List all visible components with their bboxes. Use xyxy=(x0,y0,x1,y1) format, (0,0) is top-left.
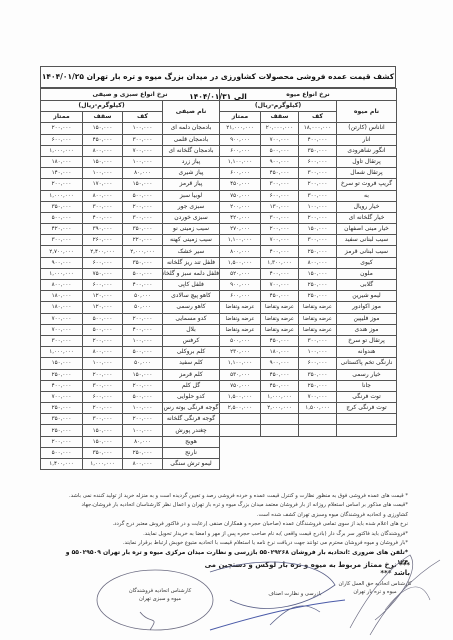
item-name: کاهو رسمی xyxy=(163,302,220,313)
table-row: ملون۱۵۰,۰۰۰۴۰۰,۰۰۰۵۲۰,۰۰۰ xyxy=(220,268,397,279)
price-max: ۳۰۰,۰۰۰ xyxy=(261,179,299,190)
signature-subtitle: میوه و سبزی تهران xyxy=(115,595,205,603)
item-name: پرتقال تو سرخ xyxy=(337,335,397,346)
table-row: سیب زمینی کهنه۲۲۰,۰۰۰۲۶۰,۰۰۰۳۰۰,۰۰۰ xyxy=(41,235,220,246)
table-row: گلابی۲۵۰,۰۰۰۷۰۰,۰۰۰۹۰۰,۰۰۰ xyxy=(220,280,397,291)
price-premium: ۲,۵۰۰,۰۰۰ xyxy=(220,403,261,414)
price-premium: ۴۵۰,۰۰۰ xyxy=(220,179,261,190)
signature-block-left: کارشناس اتحادیه فروشندگان میوه و سبزی ته… xyxy=(115,587,205,603)
price-min xyxy=(299,425,337,436)
price-list-document: کشف قیمت عمده فروشی محصولات کشاورزی در م… xyxy=(0,0,453,640)
price-max: ۶۰۰,۰۰۰ xyxy=(83,257,123,268)
price-max: ۴۵۰,۰۰۰ xyxy=(83,134,123,145)
item-name: سیب زمینی نو xyxy=(163,224,220,235)
price-min: ۳۵۰,۰۰۰ xyxy=(123,257,163,268)
note-item: * قیمت های عمده فروشی فوق به منظور نظارت… xyxy=(60,492,408,501)
price-min: ۱۰۰,۰۰۰ xyxy=(123,403,163,414)
item-name: چغندر پورش xyxy=(163,425,220,436)
table-row: موز فلیپینعرضه وتقاضاعرضه وتقاضاعرضه وتق… xyxy=(220,313,397,324)
price-max: ۴۰۰,۰۰۰ xyxy=(261,246,299,257)
price-premium: ۷۰۰,۰۰۰ xyxy=(41,391,83,402)
price-max: ۲۰۰,۰۰۰ xyxy=(83,403,123,414)
table-row: سیب لبنانی سفید۳۰۰,۰۰۰۷۰۰,۰۰۰۱,۱۰۰,۰۰۰ xyxy=(220,235,397,246)
price-max: ۱۰۰,۰۰۰ xyxy=(83,168,123,179)
price-max: ۴۵۰,۰۰۰ xyxy=(261,291,299,302)
price-max: ۲,۰۰۰,۰۰۰ xyxy=(261,403,299,414)
price-min: ۳۵۰,۰۰۰ xyxy=(123,224,163,235)
signature-title: کارشناس اتحادیه فروشندگان xyxy=(115,587,205,595)
price-max: ۷۰۰,۰۰۰ xyxy=(261,235,299,246)
price-max: ۳۵۰,۰۰۰ xyxy=(83,447,123,458)
item-name xyxy=(337,414,397,425)
price-max: ۴۵۰,۰۰۰ xyxy=(261,380,299,391)
signature-title: کارشناس اتحادیه حق العمل کاران xyxy=(330,580,420,588)
item-name: کدو مسمایی xyxy=(163,313,220,324)
table-row: بلال۴۰۰,۰۰۰۵۰۰,۰۰۰۷۰۰,۰۰۰ xyxy=(41,324,220,335)
price-max: ۸۰۰,۰۰۰ xyxy=(83,145,123,156)
price-premium: ۱۸۰,۰۰۰ xyxy=(41,302,83,313)
price-min: ۱۰۰,۰۰۰ xyxy=(123,123,163,134)
price-max: ۶۰۰,۰۰۰ xyxy=(83,280,123,291)
price-max: ۴۵۰,۰۰۰ xyxy=(261,168,299,179)
price-premium: ۳۵۰,۰۰۰ xyxy=(41,414,83,425)
price-premium: ۲۵۰,۰۰۰ xyxy=(41,369,83,380)
table-row: موز هندیعرضه وتقاضاعرضه وتقاضاعرضه وتقاض… xyxy=(220,324,397,335)
price-max: ۱,۰۰۰,۰۰۰ xyxy=(261,391,299,402)
price-max: ۵۰۰,۰۰۰ xyxy=(261,145,299,156)
item-name: خیار گلخانه ای xyxy=(337,212,397,223)
table-row: نارنگی تخم پاکستانی۶۰۰,۰۰۰۹۰۰,۰۰۰۱,۱۰۰,۰… xyxy=(220,358,397,369)
price-premium: عرضه وتقاضا xyxy=(220,302,261,313)
table-row: لیمو شیرین۲۵۰,۰۰۰۴۵۰,۰۰۰۶۰۰,۰۰۰ xyxy=(220,291,397,302)
price-premium: ۲۰۰,۰۰۰ xyxy=(41,179,83,190)
price-min: عرضه وتقاضا xyxy=(299,313,337,324)
price-max: ۷۰۰,۰۰۰ xyxy=(261,134,299,145)
item-name: کاهو پیچ سالادی xyxy=(163,291,220,302)
table-row: سیب زمینی نو۳۵۰,۰۰۰۳۹۰,۰۰۰۴۲۰,۰۰۰ xyxy=(41,224,220,235)
price-premium: ۵۰۰,۰۰۰ xyxy=(220,335,261,346)
table-row: پیاز زرد۱۰۰,۰۰۰۱۵۰,۰۰۰۱۸۰,۰۰۰ xyxy=(41,156,220,167)
item-name: سیر خشک xyxy=(163,246,220,257)
price-min: ۲۵۰,۰۰۰ xyxy=(299,280,337,291)
price-min: ۲۰۰,۰۰۰ xyxy=(123,414,163,425)
price-premium: ۱,۱۰۰,۰۰۰ xyxy=(220,235,261,246)
price-max: ۴۵۰,۰۰۰ xyxy=(261,335,299,346)
price-premium: ۶۰۰,۰۰۰ xyxy=(220,291,261,302)
table-row: بادمجان دلمه ای۱۰۰,۰۰۰۱۵۰,۰۰۰۲۰۰,۰۰۰ xyxy=(41,123,220,134)
item-name: فلفل دلمه سبز و گلخانه xyxy=(163,268,220,279)
table-row: انگور شاهرودی۳۵۰,۰۰۰۵۰۰,۰۰۰۶۰۰,۰۰۰ xyxy=(220,145,397,156)
price-min: ۵۰۰,۰۰۰ xyxy=(123,347,163,358)
vegetables-price-table: نرخ انواع سبزی و صیفی نام صیفی (کیلوگرم-… xyxy=(40,88,220,470)
signature-subtitle: میوه و تره بار تهران xyxy=(330,588,420,596)
document-title: کشف قیمت عمده فروشی محصولات کشاورزی در م… xyxy=(40,66,396,88)
price-max: ۱,۳۰۰,۰۰۰ xyxy=(261,257,299,268)
item-name: کیوی xyxy=(337,257,397,268)
price-premium: ۹۰۰,۰۰۰ xyxy=(220,280,261,291)
table-row xyxy=(220,414,397,425)
item-name: بادمجان گلخانه ای xyxy=(163,145,220,156)
item-name: خیار رویال xyxy=(337,201,397,212)
item-name: توت فرنگی کرج xyxy=(337,403,397,414)
price-premium: ۳۰۰,۰۰۰ xyxy=(41,335,83,346)
item-name: سبزی جور xyxy=(163,201,220,212)
table-row: گریپ فروت تو سرخ۲۰۰,۰۰۰۳۰۰,۰۰۰۴۵۰,۰۰۰ xyxy=(220,179,397,190)
item-name: انار xyxy=(337,134,397,145)
table-row: کیوی۸۰۰,۰۰۰۱,۳۰۰,۰۰۰۱,۵۰۰,۰۰۰ xyxy=(220,257,397,268)
price-min: ۴۰۰,۰۰۰ xyxy=(123,324,163,335)
item-name xyxy=(337,425,397,436)
price-premium: ۱,۱۰۰,۰۰۰ xyxy=(220,358,261,369)
table-row: کدو مسمایی۲۰۰,۰۰۰۵۰۰,۰۰۰۷۰۰,۰۰۰ xyxy=(41,313,220,324)
price-min: ۱۸,۰۰۰,۰۰۰ xyxy=(299,123,337,134)
price-min: ۲۲۰,۰۰۰ xyxy=(123,235,163,246)
price-premium: ۲۰۰,۰۰۰ xyxy=(41,123,83,134)
price-premium: ۵۰۰,۰۰۰ xyxy=(41,212,83,223)
price-min: ۳۵۰,۰۰۰ xyxy=(299,145,337,156)
item-name: فلفل کاپی xyxy=(163,280,220,291)
table-row: جانا۲۵۰,۰۰۰۴۵۰,۰۰۰۷۵۰,۰۰۰ xyxy=(220,380,397,391)
table-row: خیار گلخانه ای۲۰۰,۰۰۰۳۰۰,۰۰۰۴۲۰,۰۰۰ xyxy=(220,212,397,223)
price-max: ۱۲۰,۰۰۰ xyxy=(83,302,123,313)
item-name: جانا xyxy=(337,380,397,391)
price-min: ۵۰۰,۰۰۰ xyxy=(123,268,163,279)
price-min: ۲۵۰,۰۰۰ xyxy=(299,380,337,391)
price-premium: ۶۰۰,۰۰۰ xyxy=(41,134,83,145)
price-premium xyxy=(220,414,261,425)
price-premium: ۲۷۰,۰۰۰ xyxy=(220,224,261,235)
price-max: ۹۰۰,۰۰۰ xyxy=(261,358,299,369)
table-row: لیمو ترش سنگی۸۰۰,۰۰۰۱,۰۰۰,۰۰۰۱,۴۰۰,۰۰۰ xyxy=(41,459,220,470)
note-item: *بار فروشان و میوه فروشان محترم می توانن… xyxy=(60,539,408,548)
item-name: توت فرنگی xyxy=(337,391,397,402)
price-min: ۱۵۰,۰۰۰ xyxy=(299,224,337,235)
price-premium: ۲۵۰,۰۰۰ xyxy=(41,403,83,414)
table-row xyxy=(220,425,397,436)
price-min: ۱۰۰,۰۰۰ xyxy=(299,201,337,212)
premium-rate-note: *** نرخ ممتاز مربوط به میوه و تره بار لو… xyxy=(190,561,410,577)
table-row: به۳۰۰,۰۰۰۶۰۰,۰۰۰۷۵۰,۰۰۰ xyxy=(220,190,397,201)
item-name: پیاز قرمز xyxy=(163,179,220,190)
price-min: عرضه وتقاضا xyxy=(299,324,337,335)
price-premium: ۲۰۰,۰۰۰ xyxy=(220,201,261,212)
price-min: ۱۰۰,۰۰۰ xyxy=(123,335,163,346)
column-header-min: کف xyxy=(299,112,337,123)
item-name: بادمجان قلمی xyxy=(163,134,220,145)
item-name: خیار رسمی xyxy=(337,369,397,380)
price-premium: ۱,۰۰۰,۰۰۰ xyxy=(41,190,83,201)
table-row: موز اکوادورعرضه وتقاضاعرضه وتقاضاعرضه وت… xyxy=(220,302,397,313)
price-premium: ۱,۰۰۰,۰۰۰ xyxy=(41,347,83,358)
price-premium: ۲۳۰,۰۰۰ xyxy=(220,347,261,358)
item-name: موز هندی xyxy=(337,324,397,335)
price-max: ۵۰۰,۰۰۰ xyxy=(83,324,123,335)
table-row: بادمجان قلمی۳۰۰,۰۰۰۴۵۰,۰۰۰۶۰۰,۰۰۰ xyxy=(41,134,220,145)
table-row: کلم قرمز۱۵۰,۰۰۰۲۰۰,۰۰۰۲۵۰,۰۰۰ xyxy=(41,369,220,380)
table-row: کدو حلوایی۵۰۰,۰۰۰۶۰۰,۰۰۰۷۰۰,۰۰۰ xyxy=(41,391,220,402)
price-max: ۷۰۰,۰۰۰ xyxy=(261,280,299,291)
price-min: ۸۰۰,۰۰۰ xyxy=(299,257,337,268)
price-premium: ۹۰۰,۰۰۰ xyxy=(220,134,261,145)
price-max: ۱۵۰,۰۰۰ xyxy=(83,156,123,167)
price-min: ۲۵۰,۰۰۰ xyxy=(299,246,337,257)
price-premium: ۱۸۰,۰۰۰ xyxy=(41,291,83,302)
price-max: ۵۰۰,۰۰۰ xyxy=(83,313,123,324)
price-premium: ۸۰۰,۰۰۰ xyxy=(220,246,261,257)
price-max: ۱۲۰,۰۰۰ xyxy=(83,291,123,302)
price-min: ۲۰۰,۰۰۰ xyxy=(299,212,337,223)
table-row: سبزی خوردن۳۰۰,۰۰۰۴۰۰,۰۰۰۵۰۰,۰۰۰ xyxy=(41,212,220,223)
price-min: ۵۰,۰۰۰ xyxy=(123,358,163,369)
column-header-max: سقف xyxy=(83,112,123,123)
price-max: ۸۰۰,۰۰۰ xyxy=(83,347,123,358)
table-row: پرتقال تاول۶۰۰,۰۰۰۹۰۰,۰۰۰۱,۱۰۰,۰۰۰ xyxy=(220,156,397,167)
item-name: نارنج xyxy=(163,447,220,458)
note-item: *فروشندگان باید فاکتور سر برگ دار (بادرج… xyxy=(60,530,408,539)
item-name: کلم سفید xyxy=(163,358,220,369)
item-name: کلم بروکلی xyxy=(163,347,220,358)
price-premium: ۲۵۰,۰۰۰ xyxy=(41,425,83,436)
table-row: پرتقال شمال۳۰۰,۰۰۰۴۵۰,۰۰۰۶۰۰,۰۰۰ xyxy=(220,168,397,179)
price-min: ۸۰,۰۰۰ xyxy=(123,436,163,447)
table-row: پرتقال تو سرخ۳۰۰,۰۰۰۴۵۰,۰۰۰۵۰۰,۰۰۰ xyxy=(220,335,397,346)
price-min: ۵۰۰,۰۰۰ xyxy=(123,190,163,201)
price-premium: ۱,۰۰۰,۰۰۰ xyxy=(41,268,83,279)
price-max: ۷۵۰,۰۰۰ xyxy=(83,268,123,279)
price-min: ۵۰۰,۰۰۰ xyxy=(123,391,163,402)
item-name: بلال xyxy=(163,324,220,335)
item-name: انگور شاهرودی xyxy=(337,145,397,156)
price-max: ۱۷۰,۰۰۰ xyxy=(83,179,123,190)
price-premium: ۱,۵۰۰,۰۰۰ xyxy=(220,257,261,268)
price-min: ۸۰۰,۰۰۰ xyxy=(123,459,163,470)
price-max: ۲۰,۰۰۰,۰۰۰ xyxy=(261,123,299,134)
price-premium: ۷۵۰,۰۰۰ xyxy=(220,380,261,391)
price-max: ۲۰۰,۰۰۰ xyxy=(83,335,123,346)
price-premium: ۳۵۰,۰۰۰ xyxy=(41,201,83,212)
table-row: کاهو پیچ سالادی۵۰,۰۰۰۱۲۰,۰۰۰۱۸۰,۰۰۰ xyxy=(41,291,220,302)
price-premium: ۲,۷۰۰,۰۰۰ xyxy=(41,246,83,257)
price-min: ۲,۰۰۰,۰۰۰ xyxy=(123,246,163,257)
table-row: خیار رویال۱۰۰,۰۰۰۱۳۰,۰۰۰۲۰۰,۰۰۰ xyxy=(220,201,397,212)
item-name: موز اکوادور xyxy=(337,302,397,313)
price-min: ۷۰۰,۰۰۰ xyxy=(299,391,337,402)
price-max: ۲۰۰,۰۰۰ xyxy=(83,369,123,380)
price-max: ۳۰۰,۰۰۰ xyxy=(83,380,123,391)
item-name: پیاز زرد xyxy=(163,156,220,167)
table-row: خیار مینی اصفهان۱۵۰,۰۰۰۲۰۰,۰۰۰۲۷۰,۰۰۰ xyxy=(220,224,397,235)
item-name: پیاز شیری xyxy=(163,168,220,179)
table-row: کلم سفید۵۰,۰۰۰۱۰۰,۰۰۰۱۵۰,۰۰۰ xyxy=(41,358,220,369)
fruits-section-title: نرخ انواع میوه xyxy=(220,89,397,101)
price-max: عرضه وتقاضا xyxy=(261,324,299,335)
price-max: ۴۰۰,۰۰۰ xyxy=(83,212,123,223)
table-row: کلم بروکلی۵۰۰,۰۰۰۸۰۰,۰۰۰۱,۰۰۰,۰۰۰ xyxy=(41,347,220,358)
price-min: ۳۰۰,۰۰۰ xyxy=(299,335,337,346)
price-premium: ۷۵۰,۰۰۰ xyxy=(220,190,261,201)
item-name: فلفل تند ریز گلخانه xyxy=(163,257,220,268)
price-premium: ۳۰۰,۰۰۰ xyxy=(41,235,83,246)
price-min: ۱۰۰,۰۰۰ xyxy=(123,425,163,436)
price-premium: ۹۰۰,۰۰۰ xyxy=(41,257,83,268)
item-name: سیب لبنانی قرمز xyxy=(337,246,397,257)
column-header-min: کف xyxy=(123,112,163,123)
item-name: کلم قرمز xyxy=(163,369,220,380)
item-name: سیب لبنانی سفید xyxy=(337,235,397,246)
price-max: ۱۰۰,۰۰۰ xyxy=(83,358,123,369)
item-name: بادمجان دلمه ای xyxy=(163,123,220,134)
price-max: ۶۰۰,۰۰۰ xyxy=(83,391,123,402)
table-row: انار۴۰۰,۰۰۰۷۰۰,۰۰۰۹۰۰,۰۰۰ xyxy=(220,134,397,145)
price-max: ۲,۴۰۰,۰۰۰ xyxy=(83,246,123,257)
item-name: خیار مینی اصفهان xyxy=(337,224,397,235)
table-row: کرفس۱۰۰,۰۰۰۲۰۰,۰۰۰۳۰۰,۰۰۰ xyxy=(41,335,220,346)
table-row: پیاز شیری۸۰,۰۰۰۱۰۰,۰۰۰۱۴۰,۰۰۰ xyxy=(41,168,220,179)
vegetables-name-header: نام صیفی xyxy=(163,101,220,123)
table-row: اناناس (کارتن)۱۸,۰۰۰,۰۰۰۲۰,۰۰۰,۰۰۰۲۱,۰۰۰… xyxy=(220,123,397,134)
price-max xyxy=(261,414,299,425)
price-min: ۱۵۰,۰۰۰ xyxy=(299,268,337,279)
item-name: گل کلم xyxy=(163,380,220,391)
price-min: ۱,۵۰۰,۰۰۰ xyxy=(299,403,337,414)
column-header-max: سقف xyxy=(261,112,299,123)
price-premium: ۴۲۰,۰۰۰ xyxy=(220,212,261,223)
price-max: عرضه وتقاضا xyxy=(261,313,299,324)
price-max: ۹۰۰,۰۰۰ xyxy=(261,156,299,167)
price-max: ۲۰۰,۰۰۰ xyxy=(261,224,299,235)
price-max: ۱۵۰,۰۰۰ xyxy=(83,425,123,436)
item-name: پرتقال تاول xyxy=(337,156,397,167)
item-name: نارنگی تخم پاکستانی xyxy=(337,358,397,369)
price-min: ۱۰۰,۰۰۰ xyxy=(123,156,163,167)
price-premium: ۱,۵۰۰,۰۰۰ xyxy=(220,391,261,402)
price-min: عرضه وتقاضا xyxy=(299,302,337,313)
item-name: گوجه فرنگی بوته رس xyxy=(163,403,220,414)
price-premium: عرضه وتقاضا xyxy=(220,324,261,335)
item-name: لیمو شیرین xyxy=(337,291,397,302)
table-row: توت فرنگی کرج۱,۵۰۰,۰۰۰۲,۰۰۰,۰۰۰۲,۵۰۰,۰۰۰ xyxy=(220,403,397,414)
price-premium xyxy=(220,425,261,436)
item-name: ملون xyxy=(337,268,397,279)
item-name: پرتقال شمال xyxy=(337,168,397,179)
notes-section: * قیمت های عمده فروشی فوق به منظور نظارت… xyxy=(60,492,408,567)
item-name: هندوانه xyxy=(337,347,397,358)
price-premium: ۲۰۰,۰۰۰ xyxy=(41,436,83,447)
item-name: لیمو ترش سنگی xyxy=(163,459,220,470)
price-max: ۱۵۰,۰۰۰ xyxy=(83,436,123,447)
price-min: ۲۰۰,۰۰۰ xyxy=(123,313,163,324)
price-max: ۳۰۰,۰۰۰ xyxy=(83,414,123,425)
price-max: ۳۰۰,۰۰۰ xyxy=(261,212,299,223)
price-min: ۷۰۰,۰۰۰ xyxy=(123,145,163,156)
price-max: ۸۰۰,۰۰۰ xyxy=(83,190,123,201)
item-name: سبزی خوردن xyxy=(163,212,220,223)
table-row: سیر خشک۲,۰۰۰,۰۰۰۲,۴۰۰,۰۰۰۲,۷۰۰,۰۰۰ xyxy=(41,246,220,257)
price-min: ۳۵۰,۰۰۰ xyxy=(299,369,337,380)
price-min: ۳۰۰,۰۰۰ xyxy=(299,168,337,179)
price-max: ۳۹۰,۰۰۰ xyxy=(83,224,123,235)
column-header-premium: ممتاز xyxy=(220,112,261,123)
price-min: ۲۰۰,۰۰۰ xyxy=(299,179,337,190)
price-min: ۶۰۰,۰۰۰ xyxy=(299,358,337,369)
table-row: لوبیا سبز۵۰۰,۰۰۰۸۰۰,۰۰۰۱,۰۰۰,۰۰۰ xyxy=(41,190,220,201)
table-row: فلفل تند ریز گلخانه۳۵۰,۰۰۰۶۰۰,۰۰۰۹۰۰,۰۰۰ xyxy=(41,257,220,268)
item-name: لوبیا سبز xyxy=(163,190,220,201)
price-premium: ۶۰۰,۰۰۰ xyxy=(220,168,261,179)
price-premium: ۷۰۰,۰۰۰ xyxy=(41,313,83,324)
table-row: نارنج۲۵۰,۰۰۰۳۵۰,۰۰۰۵۰۰,۰۰۰ xyxy=(41,447,220,458)
price-max: ۱۸۰,۰۰۰ xyxy=(261,347,299,358)
price-min: ۳۰۰,۰۰۰ xyxy=(123,134,163,145)
item-name: کدو حلوایی xyxy=(163,391,220,402)
price-premium: ۴۲۰,۰۰۰ xyxy=(41,224,83,235)
table-row: هندوانه۱۰۰,۰۰۰۱۸۰,۰۰۰۲۳۰,۰۰۰ xyxy=(220,347,397,358)
price-min: ۱۵۰,۰۰۰ xyxy=(123,179,163,190)
item-name: گریپ فروت تو سرخ xyxy=(337,179,397,190)
price-min: ۲۵۰,۰۰۰ xyxy=(123,447,163,458)
price-min: ۵۰,۰۰۰ xyxy=(123,291,163,302)
note-item: *قیمت های مذکور بر اساس استعلام روزانه ا… xyxy=(60,501,408,520)
price-min: ۴۰۰,۰۰۰ xyxy=(299,134,337,145)
table-row: سیب لبنانی قرمز۲۵۰,۰۰۰۴۰۰,۰۰۰۸۰۰,۰۰۰ xyxy=(220,246,397,257)
price-min: ۳۰۰,۰۰۰ xyxy=(299,235,337,246)
price-premium: ۱,۱۰۰,۰۰۰ xyxy=(220,156,261,167)
price-max: عرضه وتقاضا xyxy=(261,302,299,313)
price-premium: ۲۱,۰۰۰,۰۰۰ xyxy=(220,123,261,134)
column-header-premium: ممتاز xyxy=(41,112,83,123)
price-premium: ۱,۴۰۰,۰۰۰ xyxy=(41,459,83,470)
item-name: کرفس xyxy=(163,335,220,346)
price-premium: ۴۰۰,۰۰۰ xyxy=(41,380,83,391)
price-premium: ۵۳۰,۰۰۰ xyxy=(220,369,261,380)
fruits-name-header: نام میوه xyxy=(337,101,397,123)
price-min: ۱۰۰,۰۰۰ xyxy=(299,347,337,358)
table-row: گوجه فرنگی گلخانه۲۰۰,۰۰۰۳۰۰,۰۰۰۳۵۰,۰۰۰ xyxy=(41,414,220,425)
price-premium: ۱۵۰,۰۰۰ xyxy=(41,358,83,369)
price-min: ۲۵۰,۰۰۰ xyxy=(299,291,337,302)
price-min: ۱۵۰,۰۰۰ xyxy=(123,369,163,380)
price-premium: ۷۰۰,۰۰۰ xyxy=(41,324,83,335)
price-premium: ۶۰۰,۰۰۰ xyxy=(220,145,261,156)
signature-block-right: کارشناس اتحادیه حق العمل کاران میوه و تر… xyxy=(330,580,420,596)
price-premium: ۱۸۰,۰۰۰ xyxy=(41,156,83,167)
table-row: چغندر پورش۱۰۰,۰۰۰۱۵۰,۰۰۰۲۵۰,۰۰۰ xyxy=(41,425,220,436)
table-row: سبزی جور۲۰۰,۰۰۰۳۰۰,۰۰۰۳۵۰,۰۰۰ xyxy=(41,201,220,212)
price-max: ۶۰۰,۰۰۰ xyxy=(261,190,299,201)
price-max: ۴۵۰,۰۰۰ xyxy=(261,369,299,380)
table-row: هویج۸۰,۰۰۰۱۵۰,۰۰۰۲۰۰,۰۰۰ xyxy=(41,436,220,447)
table-row: کاهو رسمی۵۰,۰۰۰۱۲۰,۰۰۰۱۸۰,۰۰۰ xyxy=(41,302,220,313)
price-min: ۳۰۰,۰۰۰ xyxy=(123,212,163,223)
price-min: ۲۰۰,۰۰۰ xyxy=(123,201,163,212)
price-min: ۸۰,۰۰۰ xyxy=(123,168,163,179)
signature-block-middle: بازرسی و نظارت اصناف xyxy=(255,590,335,598)
price-max: ۴۰۰,۰۰۰ xyxy=(261,268,299,279)
table-row: گل کلم۲۰۰,۰۰۰۳۰۰,۰۰۰۴۰۰,۰۰۰ xyxy=(41,380,220,391)
price-min: ۶۰۰,۰۰۰ xyxy=(299,156,337,167)
vegetables-section-title: نرخ انواع سبزی و صیفی xyxy=(41,89,220,101)
price-max xyxy=(261,425,299,436)
item-name: گلابی xyxy=(337,280,397,291)
item-name: هویج xyxy=(163,436,220,447)
item-name: سیب زمینی کهنه xyxy=(163,235,220,246)
price-premium: ۵۰۰,۰۰۰ xyxy=(41,447,83,458)
price-min: ۴۰۰,۰۰۰ xyxy=(123,280,163,291)
price-min xyxy=(299,414,337,425)
price-min: ۳۰۰,۰۰۰ xyxy=(299,190,337,201)
table-row: توت فرنگی۷۰۰,۰۰۰۱,۰۰۰,۰۰۰۱,۵۰۰,۰۰۰ xyxy=(220,391,397,402)
price-premium: ۵۲۰,۰۰۰ xyxy=(220,268,261,279)
